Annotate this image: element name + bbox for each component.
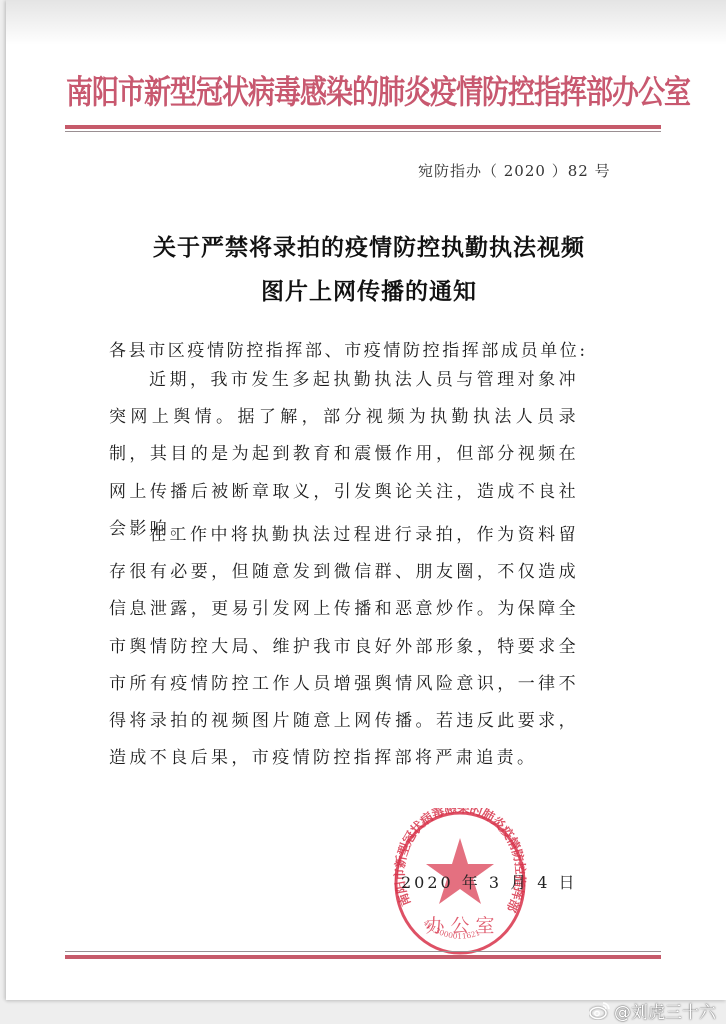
watermark-handle: @刘虎三十六 [614,998,716,1023]
paragraph-2: 在工作中将执勤执法过程进行录拍，作为资料留存很有必要，但随意发到微信群、朋友圈，… [109,517,579,777]
header-gray-rule [65,131,661,132]
document-page: 南阳市新型冠状病毒感染的肺炎疫情防控指挥部办公室 宛防指办（ 2020 ）82 … [6,0,726,1000]
title-line-1: 关于严禁将录拍的疫情防控执勤执法视频 [66,226,672,270]
document-number: 宛防指办（ 2020 ）82 号 [418,160,611,181]
scan-shadow [6,0,726,45]
title-line-2: 图片上网传播的通知 [66,270,672,314]
issue-date: 2020 年 3 月 4 日 [401,870,578,893]
footer-gray-rule [65,951,661,952]
weibo-icon [589,1000,611,1020]
document-title: 关于严禁将录拍的疫情防控执勤执法视频 图片上网传播的通知 [66,226,672,314]
footer-red-rule [65,955,661,959]
header-red-rule [65,125,661,129]
organization-header: 南阳市新型冠状病毒感染的肺炎疫情防控指挥部办公室 [66,66,666,113]
weibo-watermark: @刘虎三十六 [589,998,716,1022]
